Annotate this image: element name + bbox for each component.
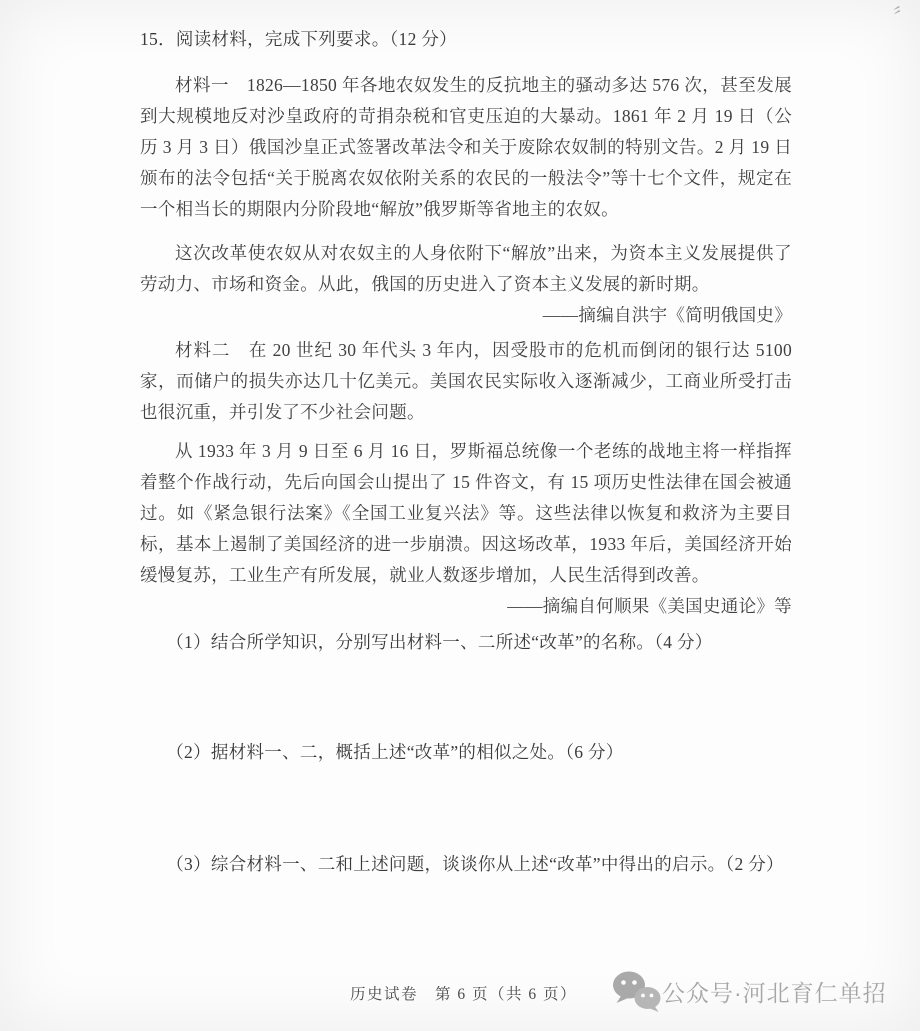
- material-two-paragraph-1: 材料二 在 20 世纪 30 年代头 3 年内，因受股市的危机而倒闭的银行达 5…: [140, 335, 792, 428]
- sub-question-2: （2）据材料一、二，概括上述“改革”的相似之处。（6 分）: [140, 739, 792, 765]
- watermark-text: 公众号·河北育仁单招: [662, 975, 887, 1008]
- edge-cutoff-mark: 〞: [893, 0, 913, 29]
- material-two-paragraph-2: 从 1933 年 3 月 9 日至 6 月 16 日，罗斯福总统像一个老练的战地…: [140, 436, 792, 591]
- material-two-source: ——摘编自何顺果《美国史通论》等: [140, 591, 792, 621]
- page-footer: 历史试卷 第 6 页（共 6 页） 公众号·河北育仁单招: [0, 966, 920, 1022]
- material-one-paragraph-2: 这次改革使农奴从对农奴主的人身依附下“解放”出来，为资本主义发展提供了劳动力、市…: [140, 238, 792, 300]
- material-one-paragraph-1: 材料一 1826—1850 年各地农奴发生的反抗地主的骚动多达 576 次，甚至…: [140, 70, 792, 225]
- question-intro: 15．阅读材料，完成下列要求。（12 分）: [140, 26, 792, 52]
- wechat-icon: [612, 970, 662, 1014]
- exam-paper-page: 15．阅读材料，完成下列要求。（12 分） 材料一 1826—1850 年各地农…: [0, 0, 920, 1031]
- sub-question-1: （1）结合所学知识，分别写出材料一、二所述“改革”的名称。（4 分）: [140, 629, 792, 655]
- sub-question-3: （3）综合材料一、二和上述问题，谈谈你从上述“改革”中得出的启示。（2 分）: [140, 851, 792, 877]
- exam-content: 15．阅读材料，完成下列要求。（12 分） 材料一 1826—1850 年各地农…: [140, 26, 792, 877]
- material-one-source: ——摘编自洪宇《简明俄国史》: [140, 300, 792, 330]
- page-number-label: 历史试卷 第 6 页（共 6 页）: [350, 982, 577, 1004]
